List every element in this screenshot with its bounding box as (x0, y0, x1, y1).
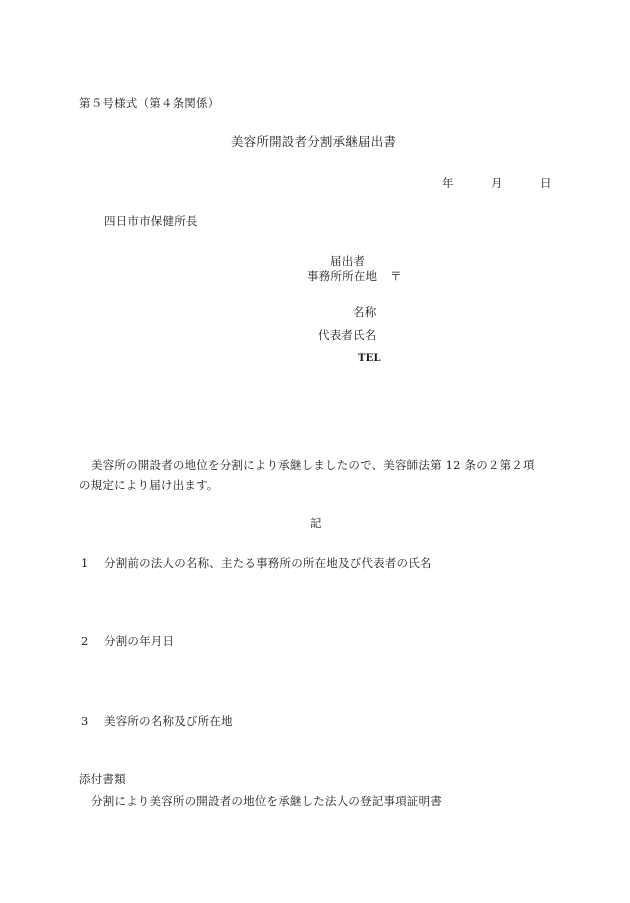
document-title: 美容所開設者分割承継届出書 (231, 136, 396, 149)
representative-label: 代表者氏名 (318, 330, 377, 342)
name-label: 名称 (353, 307, 376, 319)
ki-heading: 記 (310, 518, 322, 530)
item-label: 分割前の法人の名称、主たる事務所の所在地及び代表者の氏名 (104, 558, 432, 570)
item-label: 分割の年月日 (104, 636, 174, 648)
body-line-1: 美容所の開設者の地位を分割により承継しましたので、美容師法第 12 条の２第２項 (91, 460, 535, 472)
item-label: 美容所の名称及び所在地 (104, 716, 233, 728)
date-year-label: 年 (442, 178, 454, 190)
item-number: 3 (81, 716, 89, 728)
item-number: 1 (81, 558, 89, 570)
item-number: 2 (81, 636, 89, 648)
tel-label: TEL (358, 354, 381, 364)
office-address-label: 事務所所在地 (307, 271, 377, 283)
attachments-heading: 添付書類 (79, 774, 126, 786)
date-day-label: 日 (540, 178, 552, 190)
form-number: 第５号様式（第４条関係） (79, 98, 219, 110)
applicant-heading: 届出者 (330, 256, 365, 268)
addressee: 四日市市保健所長 (104, 216, 198, 228)
date-month-label: 月 (491, 178, 503, 190)
attachment-item: 分割により美容所の開設者の地位を承継した法人の登記事項証明書 (91, 796, 442, 808)
postal-mark: 〒 (390, 271, 402, 283)
body-line-2: の規定により届け出ます。 (79, 480, 218, 492)
